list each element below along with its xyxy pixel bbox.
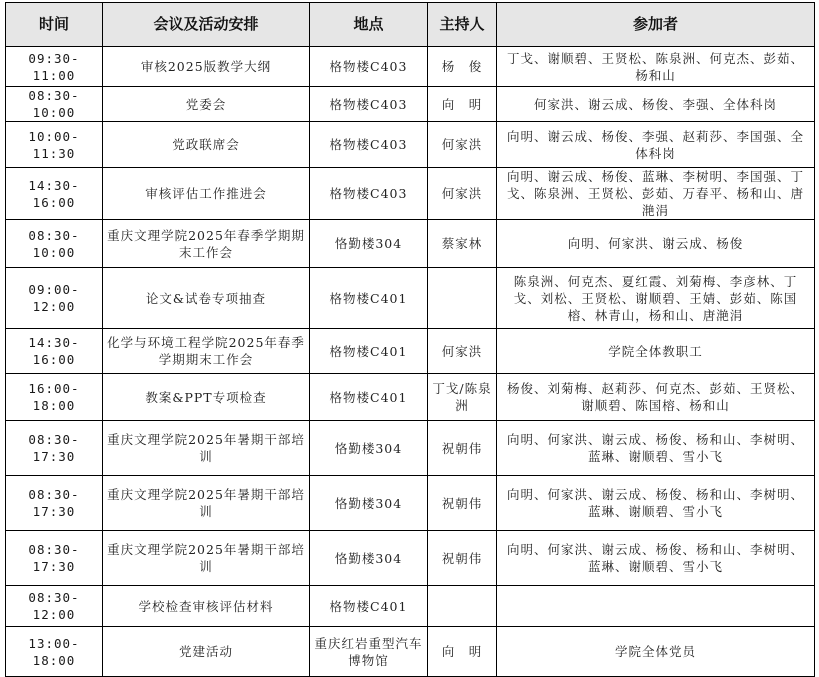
- table-row: 08:30-10:00 党委会 格物楼C403 向 明 何家洪、谢云成、杨俊、李…: [6, 87, 815, 122]
- cell-location: 格物楼C403: [310, 87, 428, 122]
- cell-location: 恪勤楼304: [310, 220, 428, 268]
- cell-host: 丁戈/陈泉洲: [428, 374, 497, 421]
- header-row: 时间 会议及活动安排 地点 主持人 参加者: [6, 3, 815, 47]
- cell-location: 格物楼C403: [310, 47, 428, 87]
- header-attendees: 参加者: [497, 3, 815, 47]
- table-row: 14:30-16:00 化学与环境工程学院2025年春季学期期末工作会 格物楼C…: [6, 329, 815, 374]
- cell-attendees: 向明、何家洪、谢云成、杨俊: [497, 220, 815, 268]
- cell-host: 祝朝伟: [428, 476, 497, 531]
- cell-event: 重庆文理学院2025年暑期干部培训: [103, 531, 310, 586]
- cell-attendees: 向明、何家洪、谢云成、杨俊、杨和山、李树明、蓝琳、谢顺碧、雪小飞: [497, 476, 815, 531]
- header-host: 主持人: [428, 3, 497, 47]
- table-row: 13:00-18:00 党建活动 重庆红岩重型汽车博物馆 向 明 学院全体党员: [6, 627, 815, 677]
- cell-location: 恪勤楼304: [310, 476, 428, 531]
- cell-host: 祝朝伟: [428, 421, 497, 476]
- table-row: 16:00-18:00 教案&PPT专项检查 格物楼C401 丁戈/陈泉洲 杨俊…: [6, 374, 815, 421]
- cell-location: 格物楼C403: [310, 168, 428, 220]
- table-row: 08:30-12:00 学校检查审核评估材料 格物楼C401: [6, 586, 815, 627]
- cell-attendees: 学院全体党员: [497, 627, 815, 677]
- cell-event: 重庆文理学院2025年暑期干部培训: [103, 421, 310, 476]
- cell-host: [428, 268, 497, 329]
- cell-time: 08:30-17:30: [6, 476, 103, 531]
- cell-event: 党政联席会: [103, 122, 310, 168]
- cell-location: 格物楼C401: [310, 329, 428, 374]
- cell-time: 08:30-17:30: [6, 421, 103, 476]
- header-location: 地点: [310, 3, 428, 47]
- cell-attendees: 陈泉洲、何克杰、夏红霞、刘菊梅、李彦林、丁戈、刘松、王贤松、谢顺碧、王婧、彭茹、…: [497, 268, 815, 329]
- cell-time: 08:30-17:30: [6, 531, 103, 586]
- cell-event: 重庆文理学院2025年暑期干部培训: [103, 476, 310, 531]
- table-row: 08:30-17:30 重庆文理学院2025年暑期干部培训 恪勤楼304 祝朝伟…: [6, 421, 815, 476]
- cell-attendees: 向明、何家洪、谢云成、杨俊、杨和山、李树明、蓝琳、谢顺碧、雪小飞: [497, 421, 815, 476]
- cell-host: 何家洪: [428, 122, 497, 168]
- cell-location: 格物楼C403: [310, 122, 428, 168]
- cell-location: 格物楼C401: [310, 268, 428, 329]
- cell-time: 10:00-11:30: [6, 122, 103, 168]
- table-row: 09:00-12:00 论文&试卷专项抽查 格物楼C401 陈泉洲、何克杰、夏红…: [6, 268, 815, 329]
- table-row: 14:30-16:00 审核评估工作推进会 格物楼C403 何家洪 向明、谢云成…: [6, 168, 815, 220]
- cell-attendees: 向明、何家洪、谢云成、杨俊、杨和山、李树明、蓝琳、谢顺碧、雪小飞: [497, 531, 815, 586]
- cell-time: 14:30-16:00: [6, 329, 103, 374]
- cell-host: 杨 俊: [428, 47, 497, 87]
- cell-event: 审核评估工作推进会: [103, 168, 310, 220]
- table-row: 08:30-17:30 重庆文理学院2025年暑期干部培训 恪勤楼304 祝朝伟…: [6, 531, 815, 586]
- cell-host: 向 明: [428, 627, 497, 677]
- cell-host: 何家洪: [428, 329, 497, 374]
- cell-event: 学校检查审核评估材料: [103, 586, 310, 627]
- cell-event: 党建活动: [103, 627, 310, 677]
- cell-host: [428, 586, 497, 627]
- cell-host: 祝朝伟: [428, 531, 497, 586]
- cell-location: 恪勤楼304: [310, 421, 428, 476]
- header-time: 时间: [6, 3, 103, 47]
- cell-location: 重庆红岩重型汽车博物馆: [310, 627, 428, 677]
- cell-event: 教案&PPT专项检查: [103, 374, 310, 421]
- cell-event: 党委会: [103, 87, 310, 122]
- table-row: 08:30-10:00 重庆文理学院2025年春季学期期末工作会 恪勤楼304 …: [6, 220, 815, 268]
- cell-host: 蔡家林: [428, 220, 497, 268]
- cell-attendees: [497, 586, 815, 627]
- cell-time: 16:00-18:00: [6, 374, 103, 421]
- cell-event: 化学与环境工程学院2025年春季学期期末工作会: [103, 329, 310, 374]
- table-row: 10:00-11:30 党政联席会 格物楼C403 何家洪 向明、谢云成、杨俊、…: [6, 122, 815, 168]
- table-row: 08:30-17:30 重庆文理学院2025年暑期干部培训 恪勤楼304 祝朝伟…: [6, 476, 815, 531]
- cell-time: 13:00-18:00: [6, 627, 103, 677]
- table-row: 09:30-11:00 审核2025版教学大纲 格物楼C403 杨 俊 丁戈、谢…: [6, 47, 815, 87]
- schedule-table: 时间 会议及活动安排 地点 主持人 参加者 09:30-11:00 审核2025…: [5, 2, 815, 677]
- cell-time: 08:30-10:00: [6, 87, 103, 122]
- cell-attendees: 向明、谢云成、杨俊、蓝琳、李树明、李国强、丁戈、陈泉洲、王贤松、彭茹、万春平、杨…: [497, 168, 815, 220]
- cell-location: 恪勤楼304: [310, 531, 428, 586]
- header-event: 会议及活动安排: [103, 3, 310, 47]
- cell-location: 格物楼C401: [310, 374, 428, 421]
- cell-host: 何家洪: [428, 168, 497, 220]
- cell-host: 向 明: [428, 87, 497, 122]
- cell-attendees: 学院全体教职工: [497, 329, 815, 374]
- cell-event: 审核2025版教学大纲: [103, 47, 310, 87]
- cell-time: 09:00-12:00: [6, 268, 103, 329]
- cell-time: 14:30-16:00: [6, 168, 103, 220]
- cell-attendees: 向明、谢云成、杨俊、李强、赵莉莎、李国强、全体科岗: [497, 122, 815, 168]
- cell-time: 08:30-12:00: [6, 586, 103, 627]
- cell-attendees: 何家洪、谢云成、杨俊、李强、全体科岗: [497, 87, 815, 122]
- cell-event: 论文&试卷专项抽查: [103, 268, 310, 329]
- cell-time: 09:30-11:00: [6, 47, 103, 87]
- cell-attendees: 丁戈、谢顺碧、王贤松、陈泉洲、何克杰、彭茹、杨和山: [497, 47, 815, 87]
- cell-location: 格物楼C401: [310, 586, 428, 627]
- cell-event: 重庆文理学院2025年春季学期期末工作会: [103, 220, 310, 268]
- cell-attendees: 杨俊、刘菊梅、赵莉莎、何克杰、彭茹、王贤松、谢顺碧、陈国榕、杨和山: [497, 374, 815, 421]
- cell-time: 08:30-10:00: [6, 220, 103, 268]
